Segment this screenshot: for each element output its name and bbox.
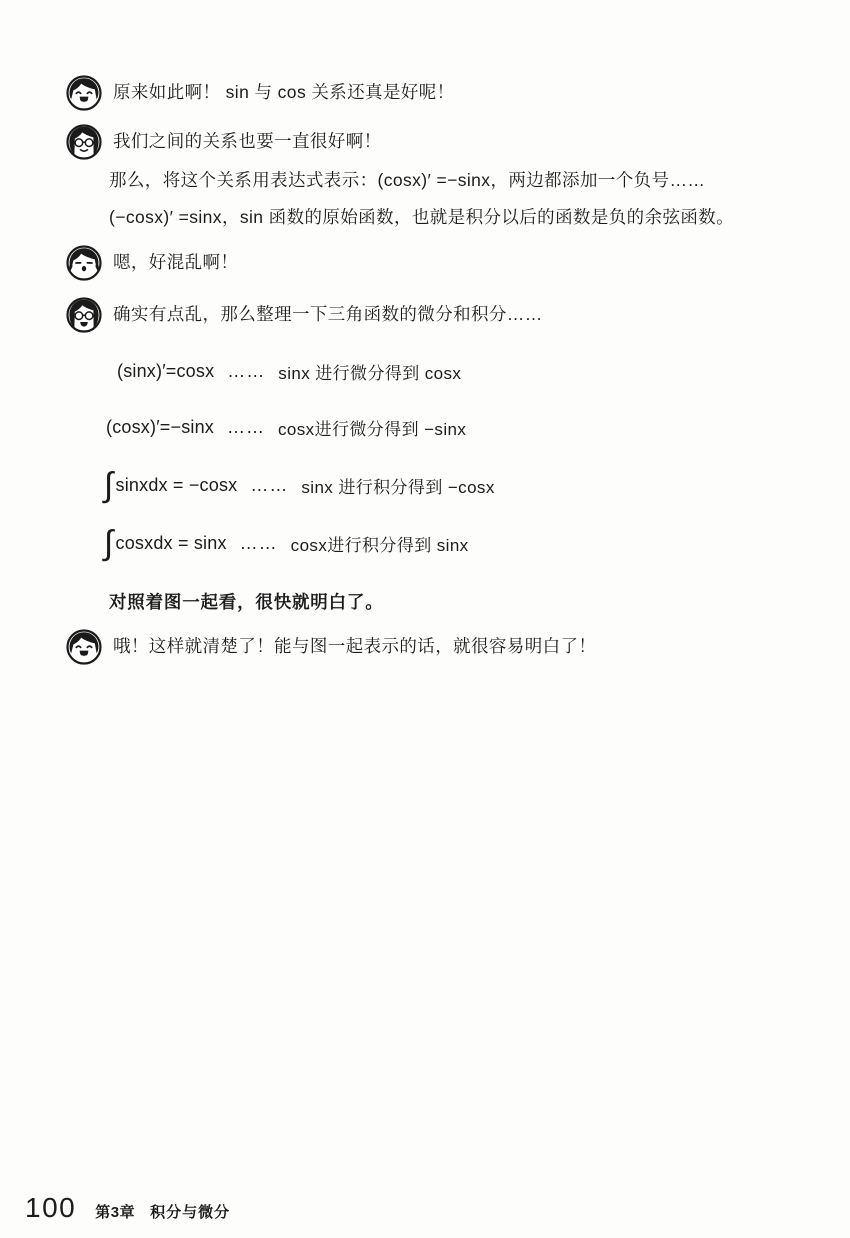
formula-description: sinx 进行微分得到 cosx <box>278 359 461 384</box>
page-footer: 100 第3章 积分与微分 <box>25 1192 230 1224</box>
formula-cos-integral: ∫ cosxdx = sinx …… cosx进行积分得到 sinx <box>104 522 469 564</box>
formula-cos-derivative: (cosx)′=−sinx …… cosx进行微分得到 −sinx <box>104 415 466 439</box>
dialogue-row-1: 原来如此啊！ sin 与 cos 关系还真是好呢！ <box>66 75 455 111</box>
dialogue-text: 我们之间的关系也要一直很好啊！ <box>113 133 382 151</box>
integral-sign: ∫ <box>104 468 114 502</box>
formula-dots: …… <box>227 361 265 382</box>
page-number: 100 <box>25 1192 76 1224</box>
teacher-glasses-icon <box>66 124 102 160</box>
integral-sign: ∫ <box>104 526 114 560</box>
teacher-glasses-icon <box>66 297 102 333</box>
dialogue-text: 原来如此啊！ sin 与 cos 关系还真是好呢！ <box>113 84 455 102</box>
girl-dizzy-icon <box>66 245 102 281</box>
dialogue-row-3: 嗯，好混乱啊！ <box>66 245 238 281</box>
book-page: 原来如此啊！ sin 与 cos 关系还真是好呢！ 我们之间的关系也要一直很好啊… <box>0 0 850 1238</box>
emphasis-line: 对照着图一起看，很快就明白了。 <box>109 592 384 613</box>
formula-description: cosx进行微分得到 −sinx <box>278 415 466 440</box>
formula-math: cosxdx = sinx <box>116 533 227 554</box>
formula-description: sinx 进行积分得到 −cosx <box>301 473 494 498</box>
dialogue-text: 哦！这样就清楚了！能与图一起表示的话，就很容易明白了！ <box>113 638 596 656</box>
formula-dots: …… <box>240 533 278 554</box>
girl-laugh-icon <box>66 75 102 111</box>
paragraph-line-2: (−cosx)′ =sinx，sin 函数的原始函数，也就是积分以后的函数是负的… <box>109 207 734 227</box>
formula-math: (sinx)′=cosx <box>117 361 214 382</box>
formula-sin-derivative: (sinx)′=cosx …… sinx 进行微分得到 cosx <box>115 359 461 383</box>
formula-dots: …… <box>227 417 265 438</box>
dialogue-row-2: 我们之间的关系也要一直很好啊！ <box>66 124 382 160</box>
formula-description: cosx进行积分得到 sinx <box>291 531 469 556</box>
formula-sin-integral: ∫ sinxdx = −cosx …… sinx 进行积分得到 −cosx <box>104 464 495 506</box>
paragraph-line-1: 那么，将这个关系用表达式表示：(cosx)′ =−sinx，两边都添加一个负号…… <box>109 170 705 190</box>
formula-dots: …… <box>250 475 288 496</box>
chapter-title: 积分与微分 <box>150 1201 230 1222</box>
formula-math: sinxdx = −cosx <box>116 475 238 496</box>
chapter-label: 第3章 <box>95 1201 135 1222</box>
formula-math: (cosx)′=−sinx <box>106 417 214 438</box>
dialogue-text: 确实有点乱，那么整理一下三角函数的微分和积分…… <box>113 306 543 324</box>
dialogue-row-5: 哦！这样就清楚了！能与图一起表示的话，就很容易明白了！ <box>66 629 596 665</box>
dialogue-text: 嗯，好混乱啊！ <box>113 254 238 272</box>
girl-laugh-icon <box>66 629 102 665</box>
dialogue-row-4: 确实有点乱，那么整理一下三角函数的微分和积分…… <box>66 297 543 333</box>
